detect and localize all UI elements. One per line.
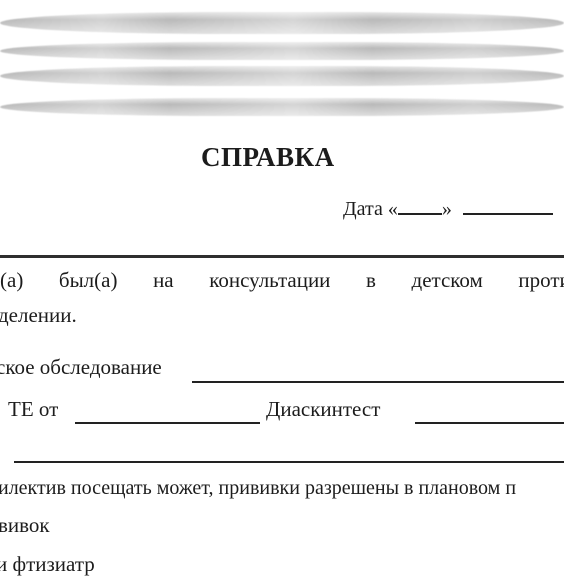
diaskintest-field[interactable] <box>415 422 564 424</box>
date-open-quote: « <box>388 198 398 220</box>
redacted-header-band-2 <box>0 42 564 60</box>
para-word: консультации <box>209 268 330 293</box>
date-month-field[interactable] <box>463 212 553 215</box>
conclusion-line: илектив посещать может, прививки разреше… <box>0 477 516 500</box>
consultation-paragraph-line-1: (а) был(а) на консультации в детском про… <box>0 268 564 293</box>
redacted-header-band-4 <box>0 98 564 116</box>
date-close-quote: » <box>442 198 452 220</box>
date-day-field[interactable] <box>398 212 442 215</box>
para-word: противот <box>518 268 564 293</box>
para-word: был(а) <box>59 268 118 293</box>
exam-field[interactable] <box>192 381 564 383</box>
te-date-field[interactable] <box>75 422 260 424</box>
doctor-line: и фтизиатр <box>0 552 95 577</box>
redacted-header-band-1 <box>0 12 564 34</box>
document-title: СПРАВКА <box>201 142 335 173</box>
exam-label: ское обследование <box>0 355 162 380</box>
consultation-paragraph-line-2: делении. <box>0 303 77 328</box>
para-word: (а) <box>0 268 23 293</box>
te-label: ТЕ от <box>8 397 58 422</box>
vaccinations-line: вивок <box>0 513 50 538</box>
name-field-rule[interactable] <box>0 255 564 258</box>
para-word: в <box>366 268 376 293</box>
additional-notes-field[interactable] <box>14 461 564 463</box>
date-row: Дата «» <box>343 198 553 221</box>
date-label: Дата <box>343 198 383 220</box>
para-word: на <box>153 268 174 293</box>
redacted-header-band-3 <box>0 66 564 86</box>
para-word: детском <box>412 268 483 293</box>
diaskintest-label: Диаскинтест <box>266 397 380 422</box>
